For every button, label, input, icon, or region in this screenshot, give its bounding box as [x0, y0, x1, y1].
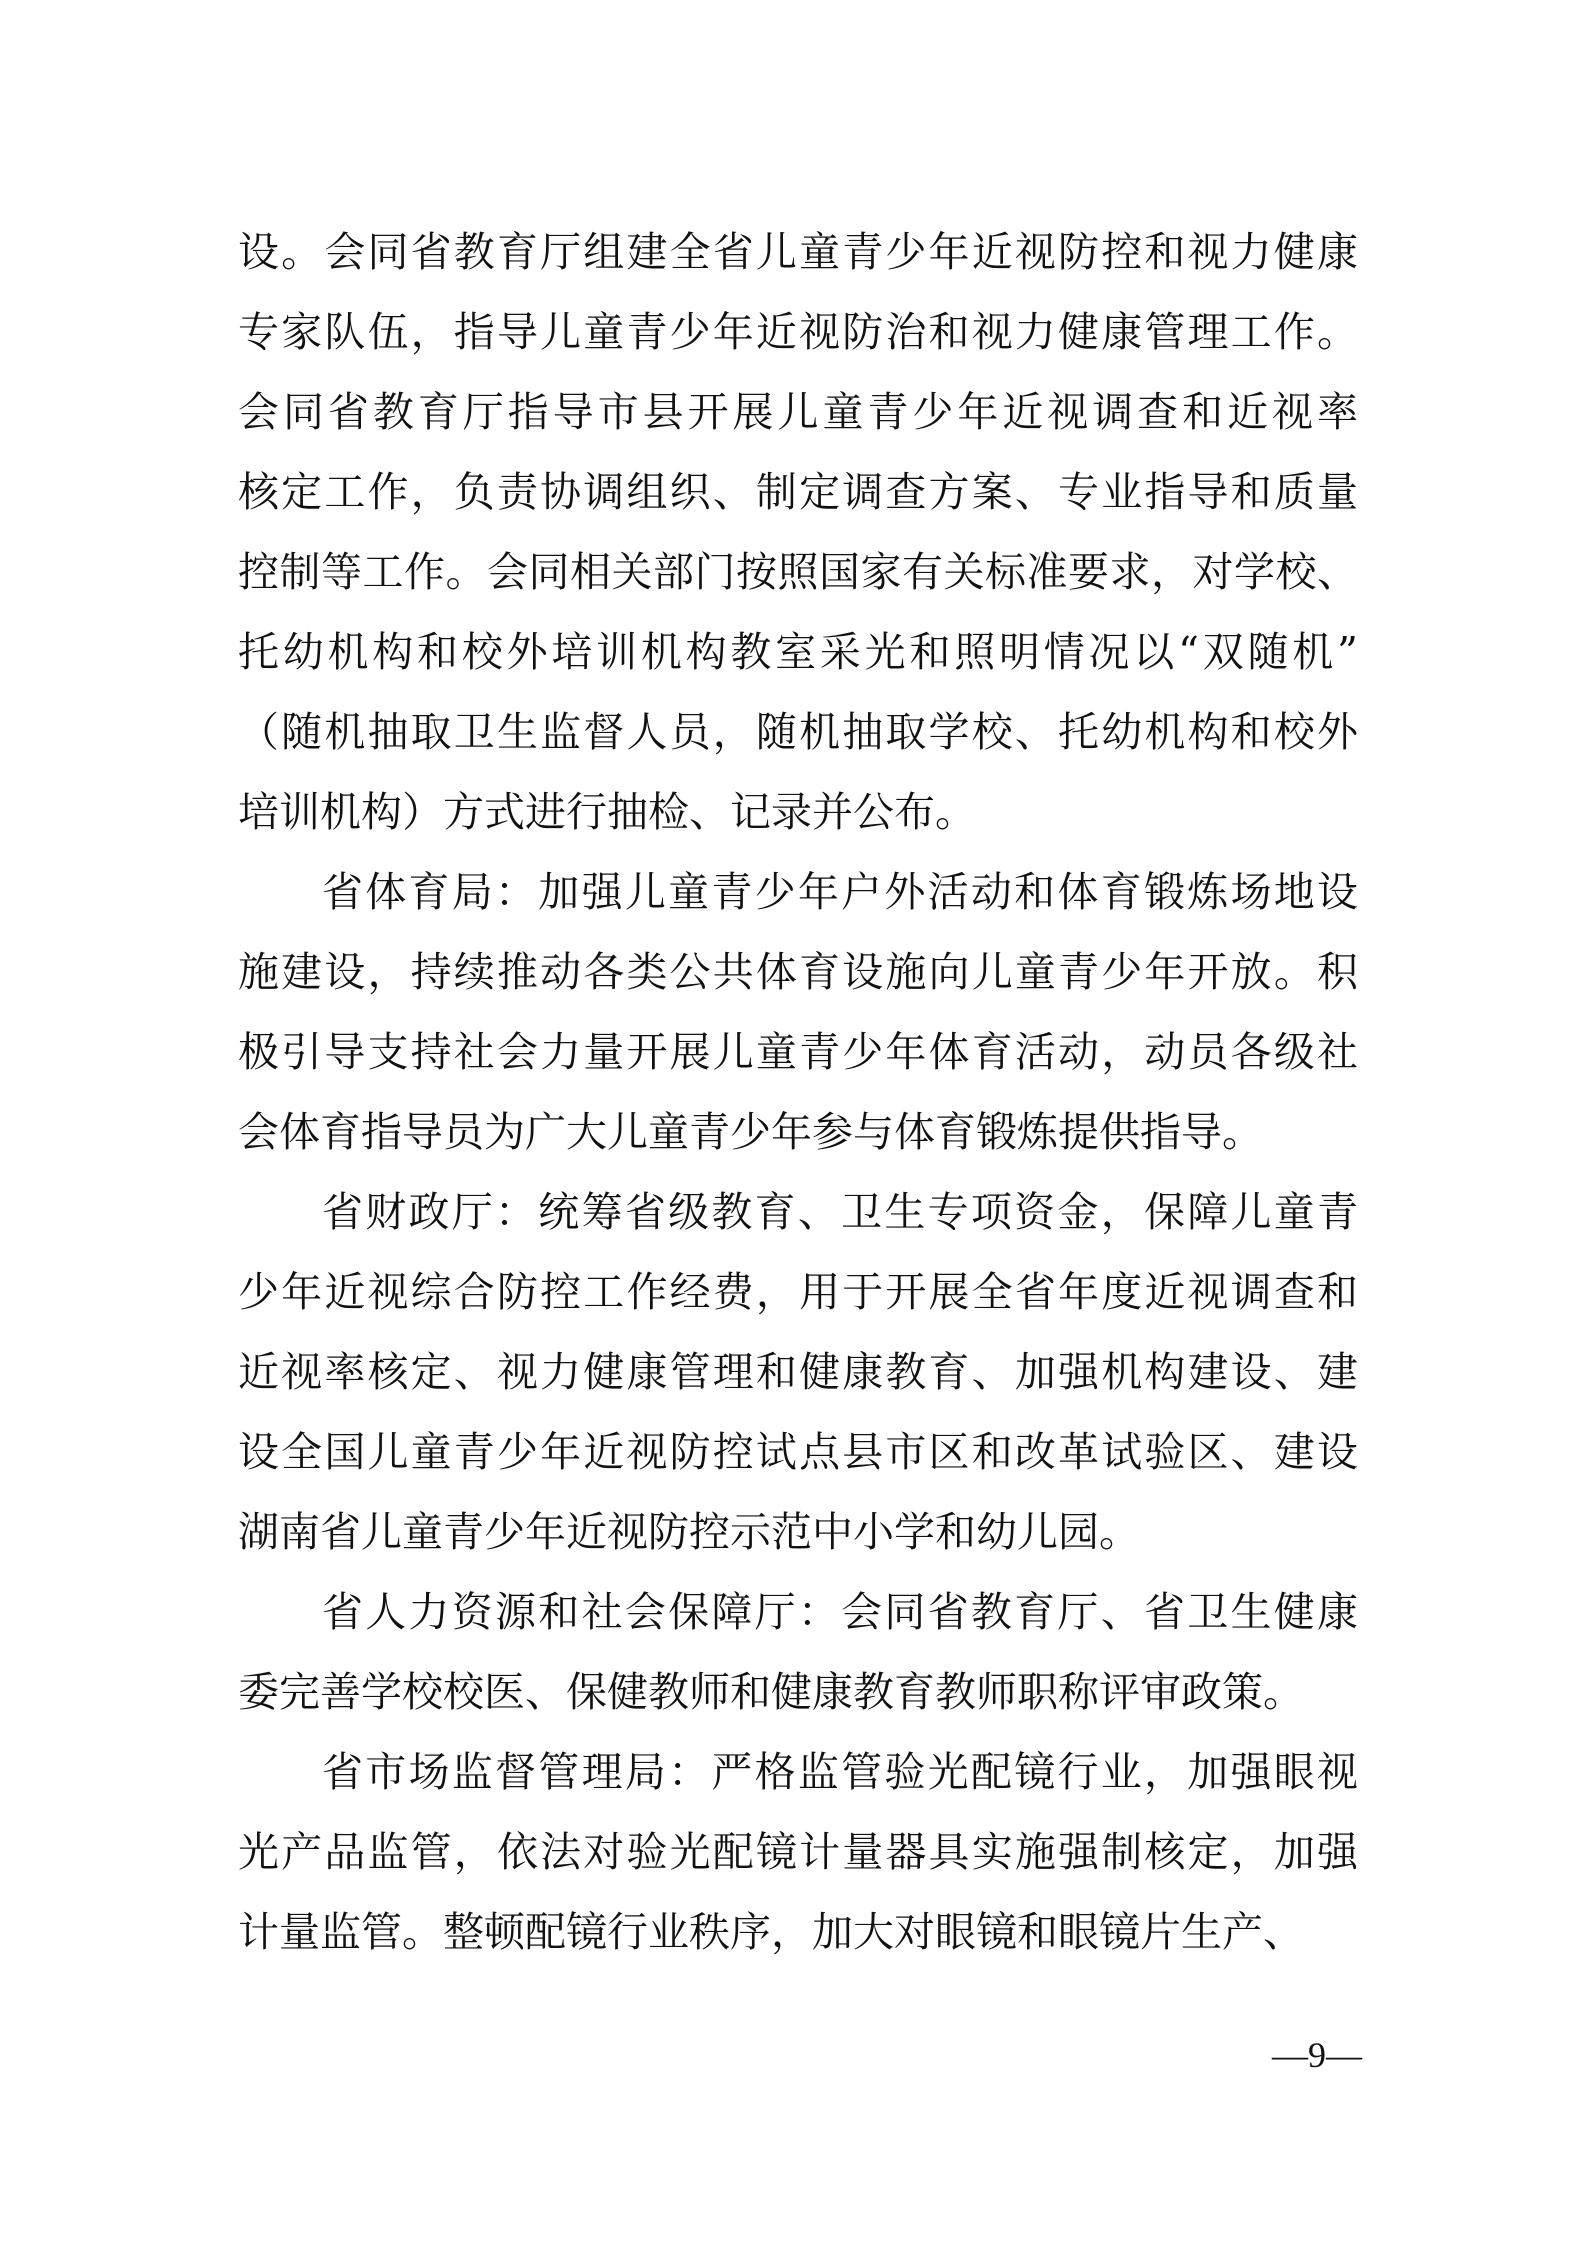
paragraph-sports-bureau-line-4: 会体育指导员为广大儿童青少年参与体育锻炼提供指导。	[238, 1102, 1358, 1162]
page-number: —9—	[1252, 2030, 1362, 2080]
paragraph-finance-dept-line-1: 省财政厅：统筹省级教育、卫生专项资金，保障儿童青	[322, 1182, 1358, 1242]
document-page: 设。会同省教育厅组建全省儿童青少年近视防控和视力健康 专家队伍，指导儿童青少年近…	[0, 0, 1587, 2245]
paragraph-1-line-2: 专家队伍，指导儿童青少年近视防治和视力健康管理工作。	[238, 302, 1358, 362]
paragraph-market-regulation-line-2: 光产品监管，依法对验光配镜计量器具实施强制核定，加强	[238, 1822, 1358, 1882]
paragraph-market-regulation-line-3: 计量监管。整顿配镜行业秩序，加大对眼镜和眼镜片生产、	[238, 1902, 1358, 1962]
paragraph-1-line-4: 核定工作，负责协调组织、制定调查方案、专业指导和质量	[238, 462, 1358, 522]
paragraph-1-line-6: 托幼机构和校外培训机构教室采光和照明情况以“双随机”	[238, 622, 1358, 682]
paragraph-1-line-7: （随机抽取卫生监督人员，随机抽取学校、托幼机构和校外	[238, 702, 1358, 762]
paragraph-1-line-1: 设。会同省教育厅组建全省儿童青少年近视防控和视力健康	[238, 222, 1358, 282]
paragraph-finance-dept-line-2: 少年近视综合防控工作经费，用于开展全省年度近视调查和	[238, 1262, 1358, 1322]
paragraph-sports-bureau-line-1: 省体育局：加强儿童青少年户外活动和体育锻炼场地设	[322, 862, 1358, 922]
paragraph-sports-bureau-line-3: 极引导支持社会力量开展儿童青少年体育活动，动员各级社	[238, 1022, 1358, 1082]
paragraph-1-line-5: 控制等工作。会同相关部门按照国家有关标准要求，对学校、	[238, 542, 1358, 602]
paragraph-finance-dept-line-5: 湖南省儿童青少年近视防控示范中小学和幼儿园。	[238, 1502, 1358, 1562]
paragraph-hr-dept-line-2: 委完善学校校医、保健教师和健康教育教师职称评审政策。	[238, 1662, 1358, 1722]
paragraph-1-line-8: 培训机构）方式进行抽检、记录并公布。	[238, 782, 1358, 842]
paragraph-1-line-3: 会同省教育厅指导市县开展儿童青少年近视调查和近视率	[238, 382, 1358, 442]
paragraph-finance-dept-line-4: 设全国儿童青少年近视防控试点县市区和改革试验区、建设	[238, 1422, 1358, 1482]
paragraph-sports-bureau-line-2: 施建设，持续推动各类公共体育设施向儿童青少年开放。积	[238, 942, 1358, 1002]
paragraph-hr-dept-line-1: 省人力资源和社会保障厅：会同省教育厅、省卫生健康	[322, 1582, 1358, 1642]
paragraph-finance-dept-line-3: 近视率核定、视力健康管理和健康教育、加强机构建设、建	[238, 1342, 1358, 1402]
paragraph-market-regulation-line-1: 省市场监督管理局：严格监管验光配镜行业，加强眼视	[322, 1742, 1358, 1802]
